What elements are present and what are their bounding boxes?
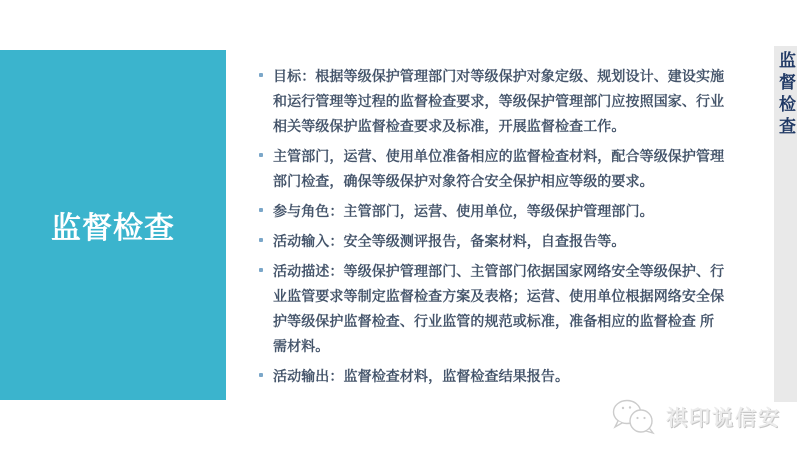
bullet-item: 活动输出：监督检查材料，监督检查结果报告。 <box>255 364 760 389</box>
chat-bubbles-doodle-icon <box>610 398 658 436</box>
bullet-dot-icon <box>259 268 263 272</box>
slide-canvas: 监督检查 目标：根据等级保护管理部门对等级保护对象定级、规划设计、建设实施 和运… <box>0 0 800 450</box>
bullet-text: 主管部门，运营、使用单位准备相应的监督检查材料，配合等级保护管理 部门检查，确保… <box>273 144 760 194</box>
title-panel: 监督检查 <box>0 50 226 400</box>
bullet-text: 目标：根据等级保护管理部门对等级保护对象定级、规划设计、建设实施 和运行管理等过… <box>273 64 760 139</box>
side-tab: 监督检查 <box>774 46 797 402</box>
bullet-dot-icon <box>259 73 263 77</box>
slide-title: 监督检查 <box>51 203 175 247</box>
bullet-item: 参与角色：主管部门，运营、使用单位，等级保护管理部门。 <box>255 199 760 224</box>
bullet-list: 目标：根据等级保护管理部门对等级保护对象定级、规划设计、建设实施 和运行管理等过… <box>255 64 760 394</box>
bullet-item: 目标：根据等级保护管理部门对等级保护对象定级、规划设计、建设实施 和运行管理等过… <box>255 64 760 139</box>
bullet-item: 主管部门，运营、使用单位准备相应的监督检查材料，配合等级保护管理 部门检查，确保… <box>255 144 760 194</box>
bullet-dot-icon <box>259 208 263 212</box>
bullet-item: 活动输入：安全等级测评报告，备案材料，自查报告等。 <box>255 229 760 254</box>
bullet-dot-icon <box>259 238 263 242</box>
watermark: 祺印说信安 <box>610 397 781 437</box>
bullet-dot-icon <box>259 153 263 157</box>
bullet-text: 活动输出：监督检查材料，监督检查结果报告。 <box>273 364 760 389</box>
bullet-text: 参与角色：主管部门，运营、使用单位，等级保护管理部门。 <box>273 199 760 224</box>
bullet-text: 活动描述：等级保护管理部门、主管部门依据国家网络安全等级保护、行 业监管要求等制… <box>273 259 760 359</box>
bullet-item: 活动描述：等级保护管理部门、主管部门依据国家网络安全等级保护、行 业监管要求等制… <box>255 259 760 359</box>
watermark-text: 祺印说信安 <box>666 402 781 432</box>
bullet-dot-icon <box>259 373 263 377</box>
bullet-text: 活动输入：安全等级测评报告，备案材料，自查报告等。 <box>273 229 760 254</box>
side-tab-title: 监督检查 <box>774 51 797 191</box>
